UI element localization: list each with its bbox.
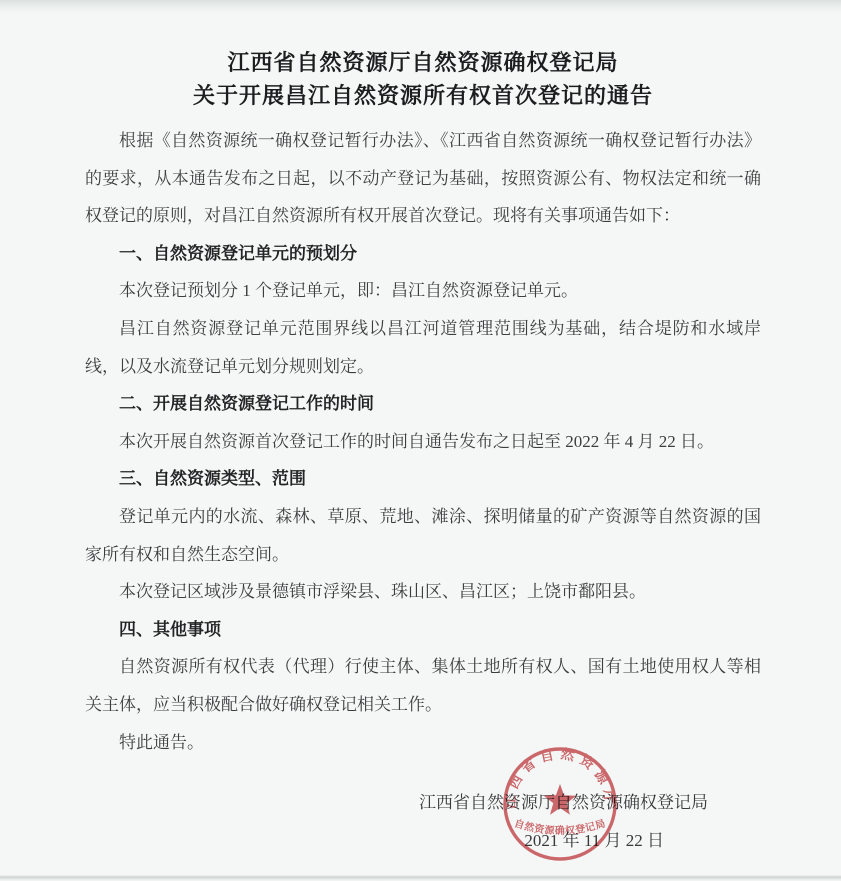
- document-body: 根据《自然资源统一确权登记暂行办法》、《江西省自然资源统一确权登记暂行办法》的要…: [85, 122, 761, 859]
- section-4-paragraph-1: 自然资源所有权代表（代理）行使主体、集体土地所有权人、国有土地使用权人等相关主体…: [85, 648, 761, 723]
- section-3-paragraph-1: 登记单元内的水流、森林、草原、荒地、滩涂、探明储量的矿产资源等自然资源的国家所有…: [85, 498, 761, 573]
- section-1-paragraph-1: 本次登记预划分 1 个登记单元，即：昌江自然资源登记单元。: [85, 272, 761, 310]
- section-1-heading: 一、自然资源登记单元的预划分: [85, 235, 761, 273]
- section-2-heading: 二、开展自然资源登记工作的时间: [85, 385, 761, 423]
- section-3-heading: 三、自然资源类型、范围: [85, 460, 761, 498]
- svg-text:自然资源确权登记局: 自然资源确权登记局: [513, 816, 608, 837]
- document-title: 江西省自然资源厅自然资源确权登记局 关于开展昌江自然资源所有权首次登记的通告: [85, 46, 761, 112]
- section-1-paragraph-2: 昌江自然资源登记单元范围界线以昌江河道管理范围线为基础，结合堤防和水域岸线，以及…: [85, 310, 761, 385]
- intro-paragraph: 根据《自然资源统一确权登记暂行办法》、《江西省自然资源统一确权登记暂行办法》的要…: [85, 122, 761, 235]
- title-line-2: 关于开展昌江自然资源所有权首次登记的通告: [85, 79, 761, 112]
- section-4-heading: 四、其他事项: [85, 611, 761, 649]
- section-2-paragraph-1: 本次开展自然资源首次登记工作的时间自通告发布之日起至 2022 年 4 月 22…: [85, 423, 761, 461]
- issuer-signature: 江西省自然资源厅自然资源确权登记局: [85, 784, 761, 822]
- document-content: 江西省自然资源厅自然资源确权登记局 关于开展昌江自然资源所有权首次登记的通告 根…: [85, 46, 761, 859]
- official-seal: 江西省自然资源厅 自然资源确权登记局: [494, 738, 626, 870]
- seal-bottom-text: 自然资源确权登记局: [513, 816, 608, 837]
- scan-bottom-edge: [0, 875, 841, 881]
- section-3-paragraph-2: 本次登记区域涉及景德镇市浮梁县、珠山区、昌江区；上饶市鄱阳县。: [85, 573, 761, 611]
- seal-star-icon: [544, 784, 576, 815]
- scan-top-edge: [0, 0, 841, 13]
- issue-date: 2021 年 11 月 22 日: [85, 822, 761, 860]
- title-line-1: 江西省自然资源厅自然资源确权登记局: [85, 46, 761, 79]
- closing-line: 特此通告。: [85, 724, 761, 762]
